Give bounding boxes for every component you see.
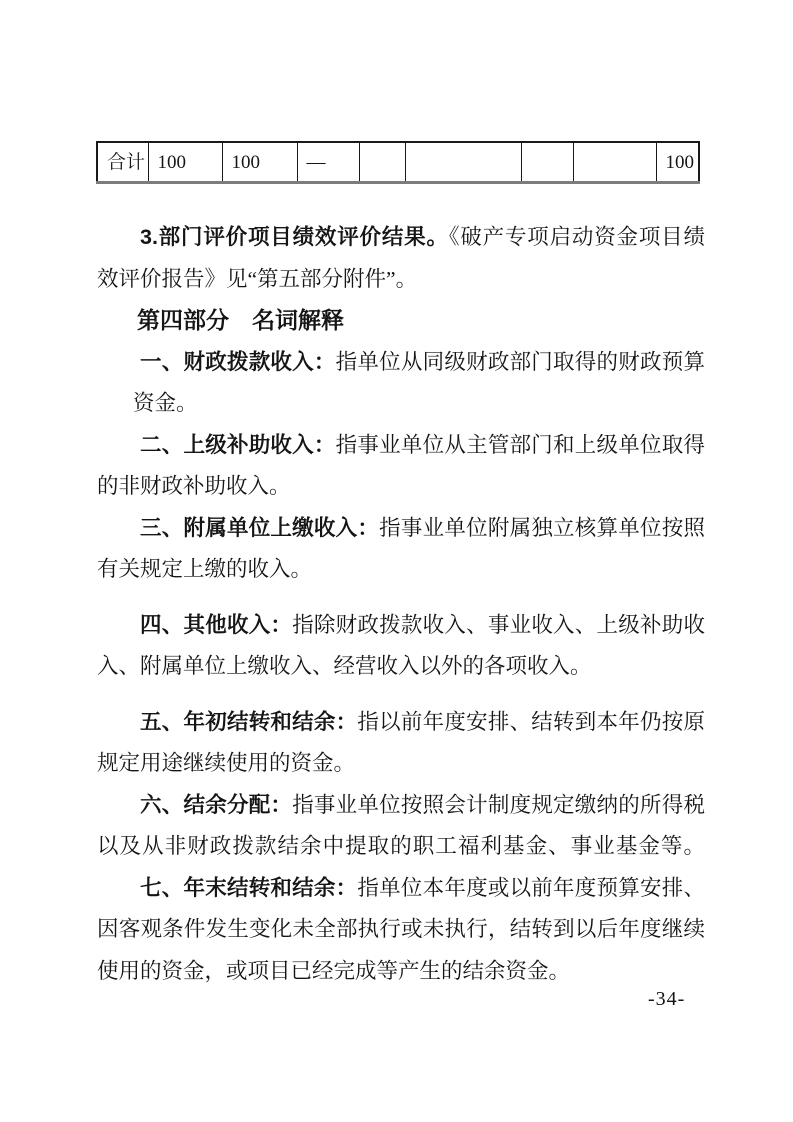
term-definition-7: 七、年末结转和结余：指单位本年度或以前年度预算安排、 因客观条件发生变化未全部执… <box>97 868 705 993</box>
term-definition-2: 二、上级补助收入：指事业单位从主管部门和上级单位取得 的非财政补助收入。 <box>97 425 705 508</box>
paragraph-line: 以及从非财政拨款结余中提取的职工福利基金、事业基金等。 <box>97 826 705 868</box>
table-cell: 100 <box>222 142 297 183</box>
paragraph-line: 因客观条件发生变化未全部执行或未执行，结转到以后年度继续 <box>97 909 705 951</box>
table-cell <box>405 142 521 183</box>
term-lead: 三、附属单位上缴收入： <box>140 516 379 540</box>
term-definition-5: 五、年初结转和结余：指以前年度安排、结转到本年仍按原 规定用途继续使用的资金。 <box>97 702 705 785</box>
paragraph-line: 二、上级补助收入：指事业单位从主管部门和上级单位取得 <box>97 425 705 467</box>
paragraph-line: 五、年初结转和结余：指以前年度安排、结转到本年仍按原 <box>97 702 705 744</box>
table-cell <box>359 142 405 183</box>
summary-table: 合计 100 100 — 100 <box>96 141 700 184</box>
term-definition-6: 六、结余分配：指事业单位按照会计制度规定缴纳的所得税 以及从非财政拨款结余中提取… <box>97 785 705 868</box>
paragraph-line: 效评价报告》见“第五部分附件”。 <box>97 259 705 301</box>
paragraph-line: 七、年末结转和结余：指单位本年度或以前年度预算安排、 <box>97 868 705 910</box>
paragraph-text: 《破产专项启动资金项目绩 <box>449 225 705 249</box>
term-text: 指事业单位从主管部门和上级单位取得 <box>336 433 705 457</box>
total-row: 合计 100 100 — 100 <box>97 142 699 183</box>
table-cell-label: 合计 <box>97 142 148 183</box>
paragraph-line: 四、其他收入：指除财政拨款收入、事业收入、上级补助收 <box>97 605 705 647</box>
paragraph-line: 三、附属单位上缴收入：指事业单位附属独立核算单位按照 <box>97 508 705 550</box>
table-cell <box>573 142 656 183</box>
paragraph-line: 3.部门评价项目绩效评价结果。《破产专项启动资金项目绩 <box>97 217 705 259</box>
table-cell <box>521 142 573 183</box>
document-page: 合计 100 100 — 100 3.部门评价项目绩效评价结果。《破产专项启动资… <box>0 0 793 1122</box>
table-cell: — <box>297 142 359 183</box>
paragraph-line: 六、结余分配：指事业单位按照会计制度规定缴纳的所得税 <box>97 785 705 827</box>
term-text: 指事业单位按照会计制度规定缴纳的所得税 <box>292 793 705 817</box>
body-text: 3.部门评价项目绩效评价结果。《破产专项启动资金项目绩 效评价报告》见“第五部分… <box>97 217 705 992</box>
paragraph-line: 的非财政补助收入。 <box>97 466 705 508</box>
paragraph-line: 一、财政拨款收入：指单位从同级财政部门取得的财政预算 <box>97 342 705 384</box>
table-cell: 100 <box>656 142 699 183</box>
term-text: 指单位从同级财政部门取得的财政预算 <box>336 350 705 374</box>
term-lead: 四、其他收入： <box>140 613 292 637</box>
paragraph-line: 入、附属单位上缴收入、经营收入以外的各项收入。 <box>97 646 705 688</box>
paragraph-line: 规定用途继续使用的资金。 <box>97 743 705 785</box>
term-lead: 二、上级补助收入： <box>140 433 336 457</box>
term-definition-3: 三、附属单位上缴收入：指事业单位附属独立核算单位按照 有关规定上缴的收入。 <box>97 508 705 591</box>
term-definition-1: 一、财政拨款收入：指单位从同级财政部门取得的财政预算 资金。 <box>97 342 705 425</box>
paragraph-line: 使用的资金，或项目已经完成等产生的结余资金。 <box>97 951 705 993</box>
term-text: 指单位本年度或以前年度预算安排、 <box>357 876 705 900</box>
page-number: -34- <box>648 988 685 1011</box>
table-cell: 100 <box>148 142 222 183</box>
term-lead: 七、年末结转和结余： <box>140 876 357 900</box>
term-lead: 六、结余分配： <box>140 793 292 817</box>
evaluation-result-paragraph: 3.部门评价项目绩效评价结果。《破产专项启动资金项目绩 效评价报告》见“第五部分… <box>97 217 705 300</box>
paragraph-line: 有关规定上缴的收入。 <box>97 549 705 591</box>
term-lead: 五、年初结转和结余： <box>140 710 357 734</box>
term-definition-4: 四、其他收入：指除财政拨款收入、事业收入、上级补助收 入、附属单位上缴收入、经营… <box>97 605 705 688</box>
term-text: 指以前年度安排、结转到本年仍按原 <box>357 710 705 734</box>
paragraph-lead: 3.部门评价项目绩效评价结果。 <box>140 225 449 249</box>
term-text: 指除财政拨款收入、事业收入、上级补助收 <box>292 613 705 637</box>
section-heading: 第四部分 名词解释 <box>97 300 705 342</box>
term-text: 指事业单位附属独立核算单位按照 <box>379 516 705 540</box>
term-lead: 一、财政拨款收入： <box>140 350 336 374</box>
paragraph-line: 资金。 <box>97 383 705 425</box>
